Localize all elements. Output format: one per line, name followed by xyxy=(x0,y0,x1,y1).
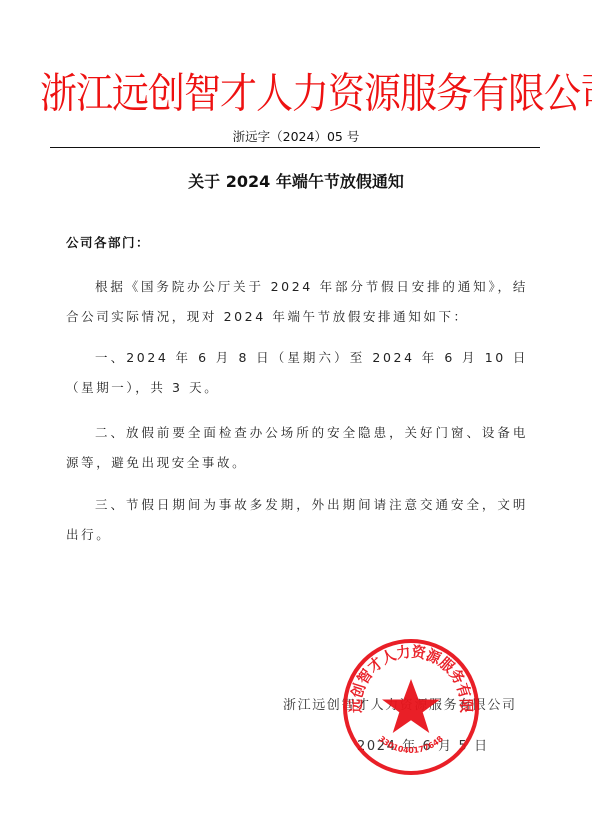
paragraph-item-1: 一、2024 年 6 月 8 日（星期六）至 2024 年 6 月 10 日（星… xyxy=(66,343,528,403)
paragraph-item-2: 二、放假前要全面检查办公场所的安全隐患，关好门窗、设备电源等，避免出现安全事故。 xyxy=(66,418,528,478)
document-page: 浙江远创智才人力资源服务有限公司 浙远字（2024）05 号 关于 2024 年… xyxy=(0,0,592,838)
document-number: 浙远字（2024）05 号 xyxy=(0,129,592,145)
salutation: 公司各部门： xyxy=(66,234,150,252)
header-divider xyxy=(50,147,540,148)
document-title: 关于 2024 年端午节放假通知 xyxy=(0,171,592,193)
company-seal: 浙江远创智才人力资源服务有限公司 3301040177648 xyxy=(341,637,481,777)
letterhead-company-name: 浙江远创智才人力资源服务有限公司 xyxy=(40,66,552,122)
star-icon xyxy=(382,679,440,733)
seal-code: 3301040177648 xyxy=(377,734,445,755)
paragraph-item-3: 三、节假日期间为事故多发期，外出期间请注意交通安全，文明出行。 xyxy=(66,490,528,550)
paragraph-intro: 根据《国务院办公厅关于 2024 年部分节假日安排的通知》，结合公司实际情况，现… xyxy=(66,272,528,332)
